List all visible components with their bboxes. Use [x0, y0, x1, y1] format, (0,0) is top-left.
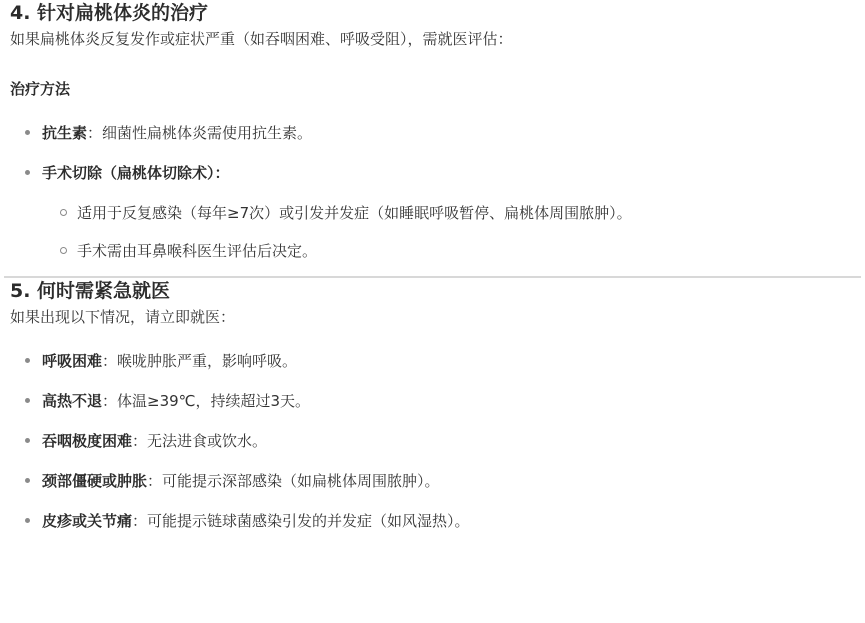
- list-item-term: 皮疹或关节痛: [42, 512, 132, 530]
- document-body: 4. 针对扁桃体炎的治疗 如果扁桃体炎反复发作或症状严重（如吞咽困难、呼吸受阻）…: [10, 0, 855, 534]
- list-item-breathing: 呼吸困难：喉咙肿胀严重，影响呼吸。: [42, 348, 855, 374]
- sub-list-item: 手术需由耳鼻喉科医生评估后决定。: [77, 238, 855, 264]
- sub-list-item-text: 手术需由耳鼻喉科医生评估后决定。: [77, 242, 317, 260]
- treatment-list: 抗生素：细菌性扁桃体炎需使用抗生素。 手术切除（扁桃体切除术）： 适用于反复感染…: [10, 120, 855, 264]
- list-item-text: ：体温≥39℃，持续超过3天。: [102, 392, 310, 410]
- list-item-term: 颈部僵硬或肿胀: [42, 472, 147, 490]
- section-4-intro: 如果扁桃体炎反复发作或症状严重（如吞咽困难、呼吸受阻），需就医评估：: [10, 26, 855, 52]
- section-4-heading: 4. 针对扁桃体炎的治疗: [10, 0, 855, 26]
- list-item-text: ：无法进食或饮水。: [132, 432, 267, 450]
- section-5-intro: 如果出现以下情况，请立即就医：: [10, 304, 855, 330]
- list-item-text: ：可能提示链球菌感染引发的并发症（如风湿热）。: [132, 512, 470, 530]
- sub-list-item: 适用于反复感染（每年≥7次）或引发并发症（如睡眠呼吸暂停、扁桃体周围脓肿）。: [77, 200, 855, 226]
- bullet-disc-icon: [25, 130, 30, 135]
- bullet-circle-icon: [60, 247, 67, 254]
- bullet-circle-icon: [60, 209, 67, 216]
- list-item-antibiotics: 抗生素：细菌性扁桃体炎需使用抗生素。: [42, 120, 855, 146]
- list-item-rash: 皮疹或关节痛：可能提示链球菌感染引发的并发症（如风湿热）。: [42, 508, 855, 534]
- bullet-disc-icon: [25, 438, 30, 443]
- list-item-term: 手术切除（扁桃体切除术）：: [42, 164, 230, 182]
- list-item-term: 高热不退: [42, 392, 102, 410]
- surgery-sublist: 适用于反复感染（每年≥7次）或引发并发症（如睡眠呼吸暂停、扁桃体周围脓肿）。 手…: [42, 200, 855, 264]
- list-item-fever: 高热不退：体温≥39℃，持续超过3天。: [42, 388, 855, 414]
- list-item-text: ：喉咙肿胀严重，影响呼吸。: [102, 352, 297, 370]
- list-item-swallowing: 吞咽极度困难：无法进食或饮水。: [42, 428, 855, 454]
- list-item-surgery: 手术切除（扁桃体切除术）： 适用于反复感染（每年≥7次）或引发并发症（如睡眠呼吸…: [42, 160, 855, 264]
- list-item-term: 吞咽极度困难: [42, 432, 132, 450]
- list-item-neck: 颈部僵硬或肿胀：可能提示深部感染（如扁桃体周围脓肿）。: [42, 468, 855, 494]
- bullet-disc-icon: [25, 398, 30, 403]
- section-4-subheading: 治疗方法: [10, 76, 855, 102]
- section-5-heading: 5. 何时需紧急就医: [10, 278, 855, 304]
- emergency-list: 呼吸困难：喉咙肿胀严重，影响呼吸。 高热不退：体温≥39℃，持续超过3天。 吞咽…: [10, 348, 855, 534]
- list-item-text: ：细菌性扁桃体炎需使用抗生素。: [87, 124, 312, 142]
- list-item-text: ：可能提示深部感染（如扁桃体周围脓肿）。: [147, 472, 440, 490]
- bullet-disc-icon: [25, 518, 30, 523]
- sub-list-item-text: 适用于反复感染（每年≥7次）或引发并发症（如睡眠呼吸暂停、扁桃体周围脓肿）。: [77, 204, 632, 222]
- bullet-disc-icon: [25, 170, 30, 175]
- bullet-disc-icon: [25, 358, 30, 363]
- list-item-term: 呼吸困难: [42, 352, 102, 370]
- bullet-disc-icon: [25, 478, 30, 483]
- list-item-term: 抗生素: [42, 124, 87, 142]
